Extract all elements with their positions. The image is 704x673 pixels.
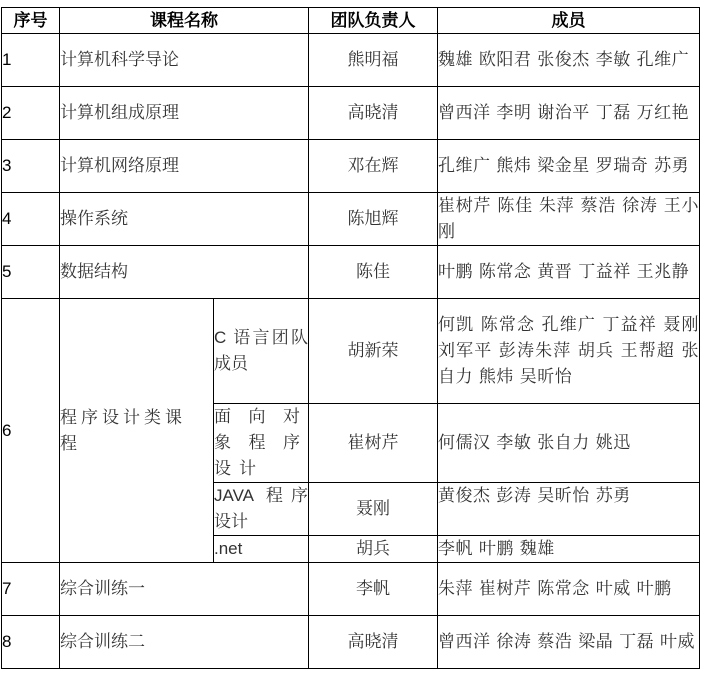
seq-cell: 3 xyxy=(2,140,60,193)
seq-cell: 6 xyxy=(2,299,60,563)
members-cell: 黄俊杰 彭涛 吴昕怡 苏勇 xyxy=(438,483,700,536)
table-row: 8 综合训练二 高晓清 曾西洋 徐涛 蔡浩 梁晶 丁磊 叶威 xyxy=(2,616,700,669)
course-team-table: 序号 课程名称 团队负责人 成员 1 计算机科学导论 熊明福 魏雄 欧阳君 张俊… xyxy=(1,7,700,669)
header-lead: 团队负责人 xyxy=(309,8,438,34)
members-cell: 朱萍 崔树芹 陈常念 叶威 叶鹏 xyxy=(438,563,700,616)
course-cell: 计算机组成原理 xyxy=(60,87,309,140)
members-cell: 何凯 陈常念 孔维广 丁益祥 聂刚 刘军平 彭涛朱萍 胡兵 王帮超 张自力 熊炜… xyxy=(438,299,700,404)
members-cell: 李帆 叶鹏 魏雄 xyxy=(438,536,700,563)
table-row: 4 操作系统 陈旭辉 崔树芹 陈佳 朱萍 蔡浩 徐涛 王小刚 xyxy=(2,193,700,246)
subcourse-cell: C 语言团队成员 xyxy=(214,299,309,404)
members-cell: 叶鹏 陈常念 黄晋 丁益祥 王兆静 xyxy=(438,246,700,299)
course-cell: 操作系统 xyxy=(60,193,309,246)
members-cell: 孔维广 熊炜 梁金星 罗瑞奇 苏勇 xyxy=(438,140,700,193)
table-row: 7 综合训练一 李帆 朱萍 崔树芹 陈常念 叶威 叶鹏 xyxy=(2,563,700,616)
lead-cell: 聂刚 xyxy=(309,483,438,536)
course-cell: 程序设计类课程 xyxy=(60,299,214,563)
members-cell: 魏雄 欧阳君 张俊杰 李敏 孔维广 xyxy=(438,34,700,87)
lead-cell: 邓在辉 xyxy=(309,140,438,193)
table-row-group-programming: 6 程序设计类课程 C 语言团队成员 胡新荣 何凯 陈常念 孔维广 丁益祥 聂刚… xyxy=(2,299,700,404)
header-seq: 序号 xyxy=(2,8,60,34)
members-cell: 曾西洋 徐涛 蔡浩 梁晶 丁磊 叶威 xyxy=(438,616,700,669)
header-row: 序号 课程名称 团队负责人 成员 xyxy=(2,8,700,34)
members-cell: 崔树芹 陈佳 朱萍 蔡浩 徐涛 王小刚 xyxy=(438,193,700,246)
header-members: 成员 xyxy=(438,8,700,34)
lead-cell: 崔树芹 xyxy=(309,404,438,483)
course-label: 程序设计类课程 xyxy=(60,405,213,457)
seq-cell: 1 xyxy=(2,34,60,87)
table-row: 1 计算机科学导论 熊明福 魏雄 欧阳君 张俊杰 李敏 孔维广 xyxy=(2,34,700,87)
course-cell: 综合训练一 xyxy=(60,563,309,616)
lead-cell: 熊明福 xyxy=(309,34,438,87)
course-cell: 综合训练二 xyxy=(60,616,309,669)
seq-cell: 2 xyxy=(2,87,60,140)
lead-cell: 高晓清 xyxy=(309,87,438,140)
course-cell: 计算机科学导论 xyxy=(60,34,309,87)
course-cell: 计算机网络原理 xyxy=(60,140,309,193)
seq-cell: 8 xyxy=(2,616,60,669)
header-course: 课程名称 xyxy=(60,8,309,34)
lead-cell: 陈旭辉 xyxy=(309,193,438,246)
course-cell: 数据结构 xyxy=(60,246,309,299)
lead-cell: 李帆 xyxy=(309,563,438,616)
seq-cell: 5 xyxy=(2,246,60,299)
lead-cell: 高晓清 xyxy=(309,616,438,669)
lead-cell: 陈佳 xyxy=(309,246,438,299)
members-cell: 曾西洋 李明 谢治平 丁磊 万红艳 xyxy=(438,87,700,140)
lead-cell: 胡新荣 xyxy=(309,299,438,404)
members-cell: 何儒汉 李敏 张自力 姚迅 xyxy=(438,404,700,483)
seq-cell: 4 xyxy=(2,193,60,246)
subcourse-cell: 面向对象程序设计 xyxy=(214,404,309,483)
table-row: 2 计算机组成原理 高晓清 曾西洋 李明 谢治平 丁磊 万红艳 xyxy=(2,87,700,140)
table-row: 3 计算机网络原理 邓在辉 孔维广 熊炜 梁金星 罗瑞奇 苏勇 xyxy=(2,140,700,193)
subcourse-cell: JAVA 程序设计 xyxy=(214,483,309,536)
lead-cell: 胡兵 xyxy=(309,536,438,563)
table-row: 5 数据结构 陈佳 叶鹏 陈常念 黄晋 丁益祥 王兆静 xyxy=(2,246,700,299)
subcourse-cell: .net xyxy=(214,536,309,563)
seq-cell: 7 xyxy=(2,563,60,616)
